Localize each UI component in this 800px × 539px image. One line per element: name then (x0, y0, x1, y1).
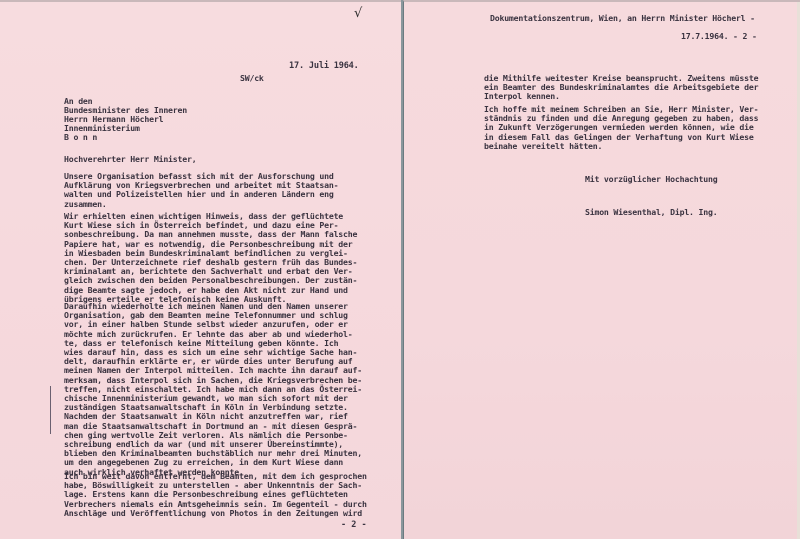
salutation: Hochverehrter Herr Minister, (64, 155, 196, 164)
continuation-date-page: 17.7.1964. - 2 - (681, 32, 757, 41)
letter-page-2: Dokumentationszentrum, Wien, an Herrn Mi… (403, 0, 800, 539)
body-paragraph: Ich hoffe mit meinem Schreiben an Sie, H… (484, 105, 758, 151)
body-paragraph: Ich bin weit davon entfernt, dem Beamten… (64, 472, 367, 518)
body-paragraph: Wir erhielten einen wichtigen Hinweis, d… (64, 212, 357, 304)
letter-page-1: √ 17. Juli 1964. SW/ck An den Bundesmini… (0, 0, 402, 539)
body-paragraph: Daraufhin wiederholte ich meinen Namen u… (64, 302, 362, 477)
body-paragraph: die Mithilfe weitester Kreise beanspruch… (484, 74, 758, 102)
margin-line-mark (50, 386, 51, 434)
continuation-header: Dokumentationszentrum, Wien, an Herrn Mi… (490, 14, 755, 23)
letter-date: 17. Juli 1964. (289, 62, 359, 71)
closing: Mit vorzüglicher Hochachtung (585, 175, 717, 184)
signature: Simon Wiesenthal, Dipl. Ing. (585, 208, 717, 217)
page-number: - 2 - (341, 520, 367, 530)
address-line: B o n n (64, 133, 97, 142)
body-paragraph: Unsere Organisation befasst sich mit der… (64, 172, 338, 209)
checkmark-icon: √ (354, 6, 362, 21)
reference-code: SW/ck (240, 74, 264, 83)
